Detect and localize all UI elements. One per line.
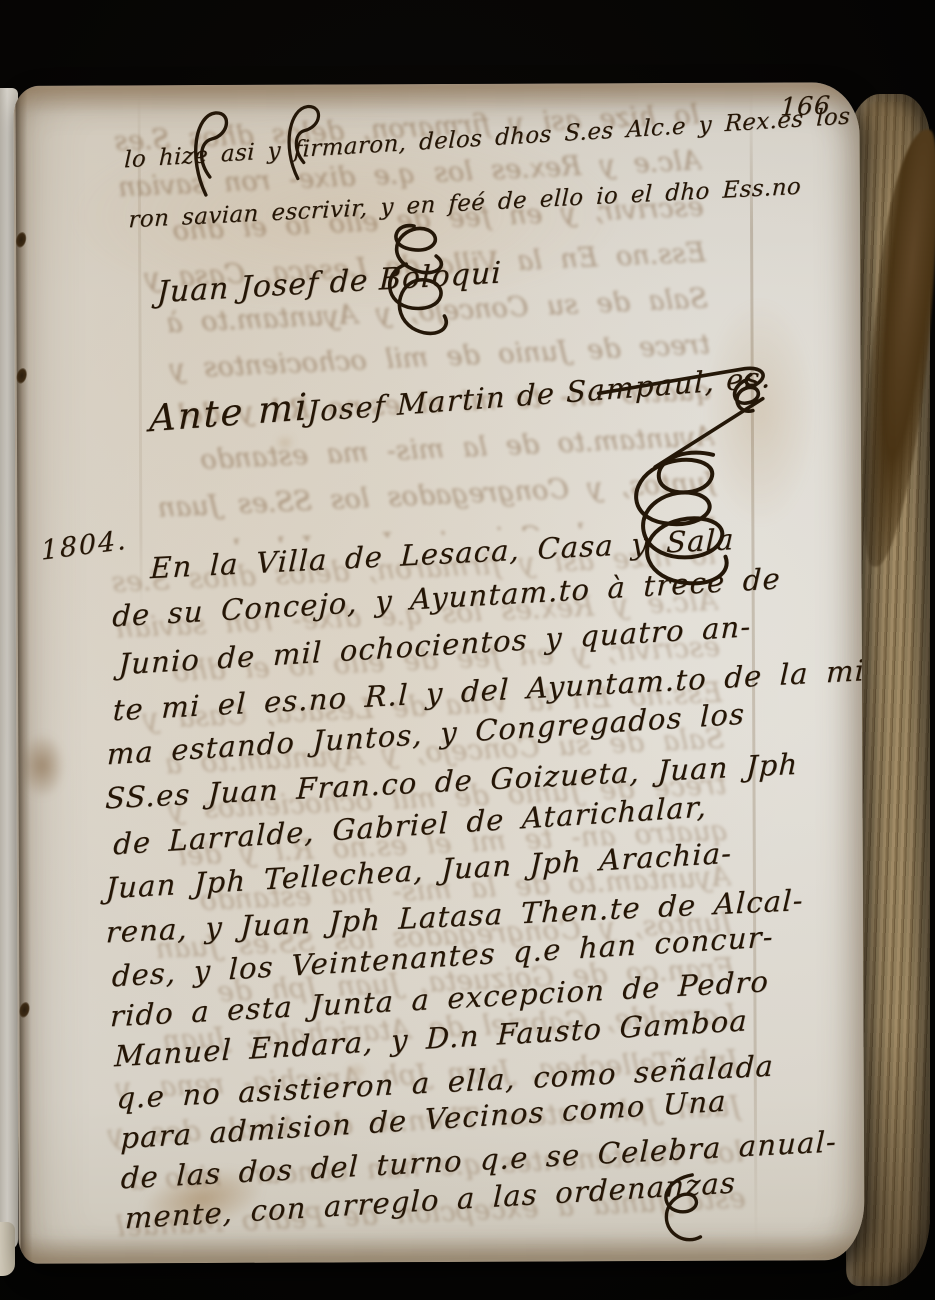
attestation-ante-mi: Ante mi xyxy=(149,385,309,440)
foxing-spot xyxy=(277,437,293,449)
paper-stain xyxy=(704,302,815,522)
binding-gutter xyxy=(15,86,32,1264)
photograph-of-manuscript: { "document": { "page_number": "166", "m… xyxy=(0,0,935,1300)
paper-stain xyxy=(18,1232,864,1264)
margin-year: 1804. xyxy=(40,525,128,567)
underlying-page-edge xyxy=(0,1222,15,1276)
signature-sampaul: Josef Martin de Sampaul, es. xyxy=(307,360,772,429)
manuscript-page: lo hize asi y firmaron, delos dhos S.es … xyxy=(13,82,864,1264)
